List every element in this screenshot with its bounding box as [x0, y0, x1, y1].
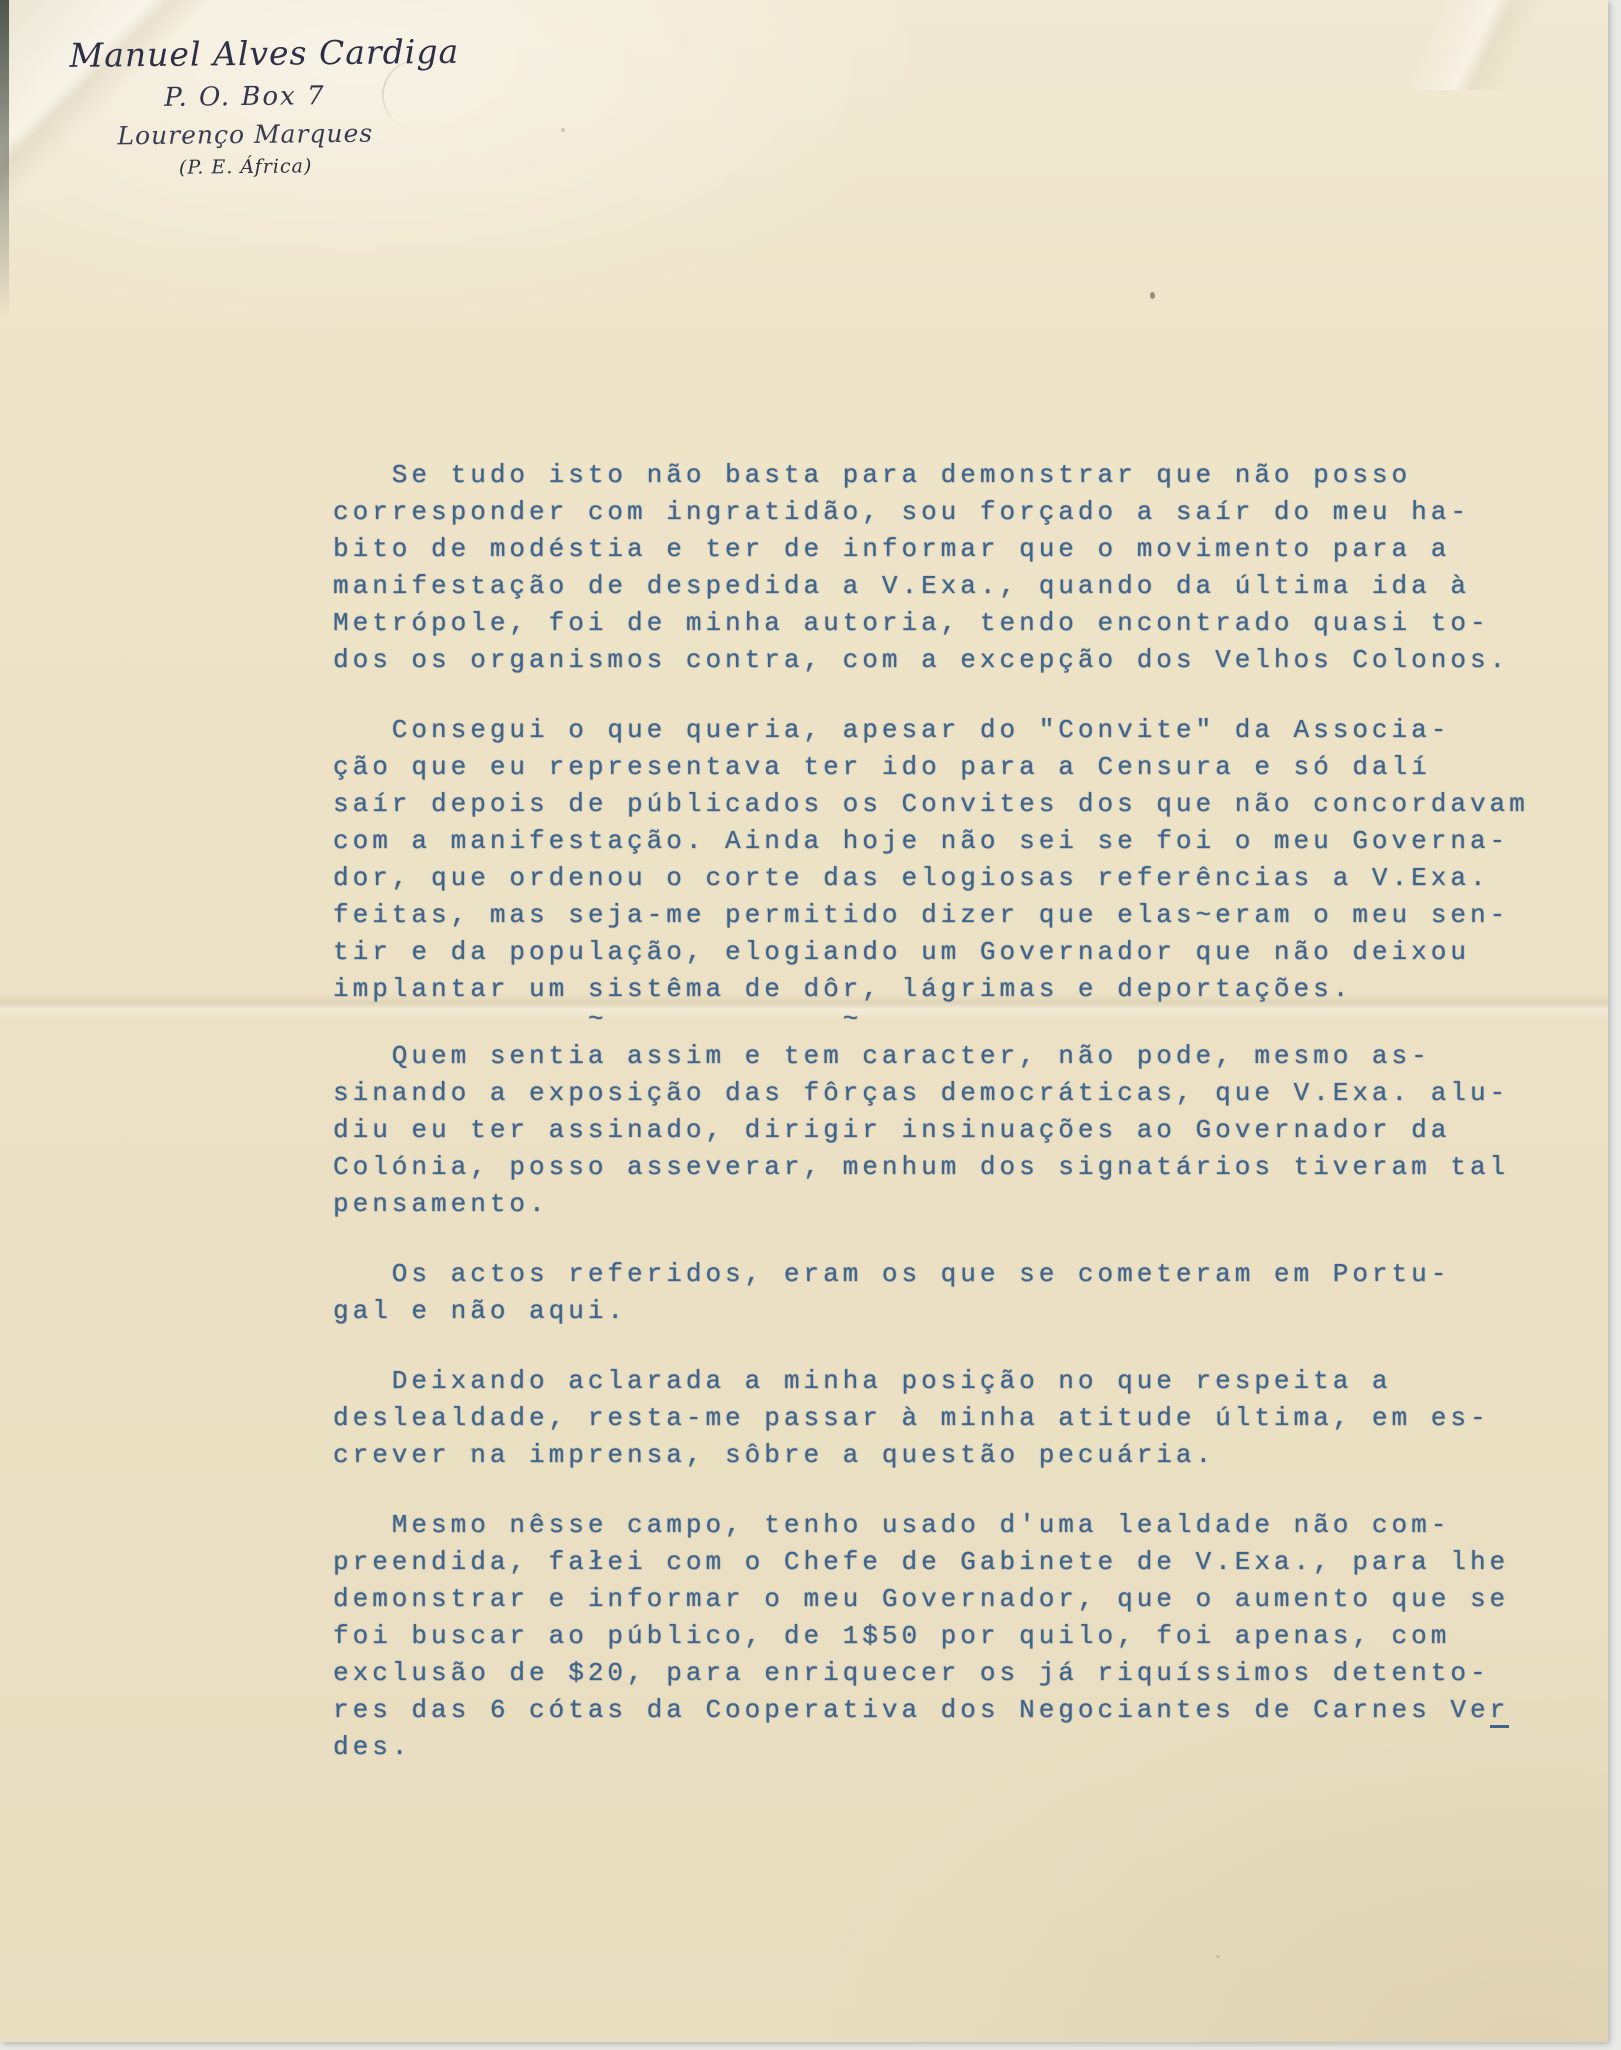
typed-line: demonstrar e informar o meu Governador, … — [333, 1581, 1553, 1618]
typed-line: diu eu ter assinado, dirigir insinuações… — [333, 1112, 1553, 1149]
typed-line: dor, que ordenou o corte das elogiosas r… — [333, 860, 1553, 897]
letterhead-city: Lourenço Marques — [70, 118, 420, 151]
typed-line: Consegui o que queria, apesar do "Convit… — [333, 712, 1553, 749]
typed-line: deslealdade, resta-me passar à minha ati… — [333, 1400, 1553, 1437]
paper-crease-top-right — [1308, 0, 1608, 90]
typed-line: ção que eu representava ter ido para a C… — [333, 749, 1553, 786]
paper: Manuel Alves Cardiga P. O. Box 7 Lourenç… — [0, 0, 1608, 2042]
typed-line: Se tudo isto não basta para demonstrar q… — [333, 457, 1553, 494]
paper-speck — [1150, 292, 1155, 299]
typed-line: Deixando aclarada a minha posição no que… — [333, 1363, 1553, 1400]
typed-line: crever na imprensa, sôbre a questão pecu… — [333, 1437, 1553, 1474]
letterhead-po-box: P. O. Box 7 — [70, 80, 420, 114]
typed-line: dos os organismos contra, com a excepção… — [333, 642, 1553, 679]
typed-line: saír depois de públicados os Convites do… — [333, 786, 1553, 823]
typed-line: Mesmo nêsse campo, tenho usado d'uma lea… — [333, 1507, 1553, 1544]
letterhead-region: (P. E. África) — [71, 154, 421, 180]
paragraph-3: Quem sentia assim e tem caracter, não po… — [333, 1038, 1553, 1223]
typed-line: corresponder com ingratidão, sou forçado… — [333, 494, 1553, 531]
scanned-letter-page: Manuel Alves Cardiga P. O. Box 7 Lourenç… — [0, 0, 1621, 2050]
paper-speck — [561, 128, 565, 132]
paragraph-6: Mesmo nêsse campo, tenho usado d'uma lea… — [333, 1507, 1553, 1766]
typed-line: Quem sentia assim e tem caracter, não po… — [333, 1038, 1553, 1075]
typed-line: manifestação de despedida a V.Exa., quan… — [333, 568, 1553, 605]
typed-line: res das 6 cótas da Cooperativa dos Negoc… — [333, 1692, 1553, 1729]
typed-line: Colónia, posso asseverar, menhum dos sig… — [333, 1149, 1553, 1186]
typed-line: bito de modéstia e ter de informar que o… — [333, 531, 1553, 568]
paragraph-2: Consegui o que queria, apesar do "Convit… — [333, 712, 1553, 1008]
typed-line: des. — [333, 1729, 1553, 1766]
letter-body: Se tudo isto não basta para demonstrar q… — [333, 457, 1553, 1799]
typed-line: preendida, fałei com o Chefe de Gabinete… — [333, 1544, 1553, 1581]
underlined-text: r — [1490, 1695, 1510, 1728]
paragraph-4: Os actos referidos, eram os que se comet… — [333, 1256, 1553, 1330]
scan-edge-shadow — [0, 0, 9, 320]
typed-line: sinando a exposição das fôrças democráti… — [333, 1075, 1553, 1112]
letterhead-name: Manuel Alves Cardiga — [69, 32, 419, 75]
paragraph-5: Deixando aclarada a minha posição no que… — [333, 1363, 1553, 1474]
typed-line: com a manifestação. Ainda hoje não sei s… — [333, 823, 1553, 860]
typed-line: gal e não aqui. — [333, 1293, 1553, 1330]
typed-line: pensamento. — [333, 1186, 1553, 1223]
typed-line: exclusão de $20, para enriquecer os já r… — [333, 1655, 1553, 1692]
letterhead: Manuel Alves Cardiga P. O. Box 7 Lourenç… — [69, 32, 420, 180]
paper-speck — [1216, 1955, 1220, 1958]
typed-line: foi buscar ao público, de 1$50 por quilo… — [333, 1618, 1553, 1655]
typed-line: tir e da população, elogiando um Governa… — [333, 934, 1553, 971]
paragraph-1: Se tudo isto não basta para demonstrar q… — [333, 457, 1553, 679]
typed-line: Os actos referidos, eram os que se comet… — [333, 1256, 1553, 1293]
typed-line: feitas, mas seja-me permitido dizer que … — [333, 897, 1553, 934]
typed-line: Metrópole, foi de minha autoria, tendo e… — [333, 605, 1553, 642]
